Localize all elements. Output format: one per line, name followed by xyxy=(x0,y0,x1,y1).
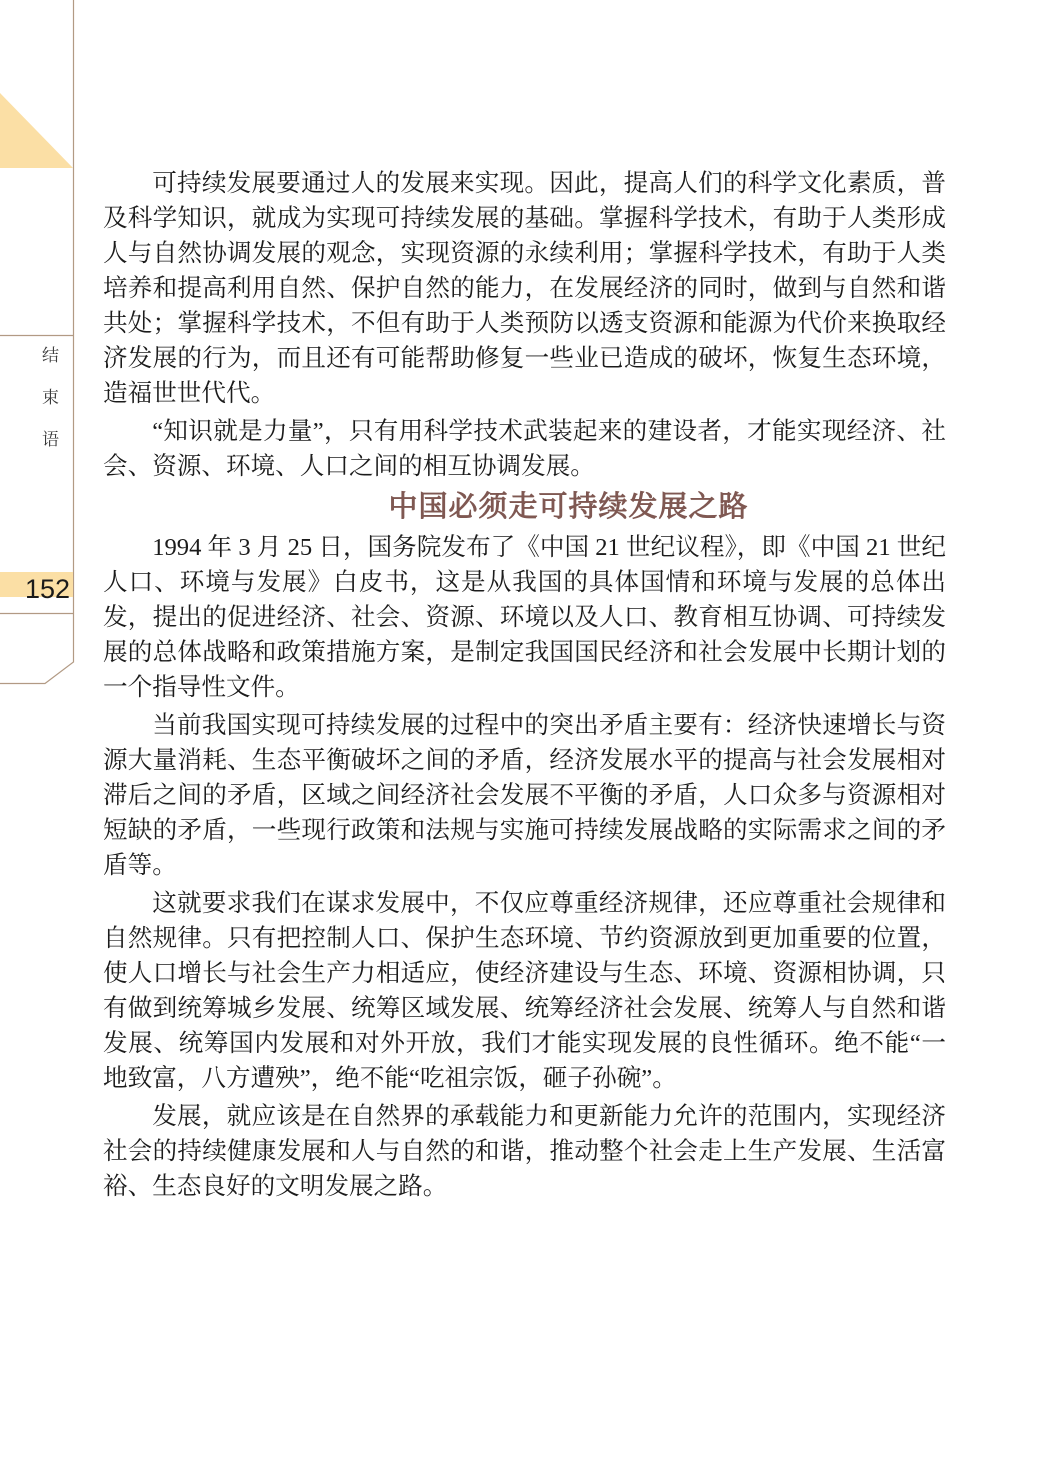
paragraph-intro-2: “知识就是力量”，只有用科学技术武装起来的建设者，才能实现经济、社会、资源、环境… xyxy=(103,414,946,484)
text-column: 可持续发展要通过人的发展来实现。因此，提高人们的科学文化素质，普及科学知识，就成… xyxy=(103,166,946,1204)
chapter-title-vertical: 结束语 xyxy=(36,346,61,472)
paragraph-intro-1: 可持续发展要通过人的发展来实现。因此，提高人们的科学文化素质，普及科学知识，就成… xyxy=(103,166,946,411)
paragraph-section-3: 这就要求我们在谋求发展中，不仅应尊重经济规律，还应尊重社会规律和自然规律。只有把… xyxy=(103,886,946,1096)
corner-triangle-decoration xyxy=(0,93,73,168)
paragraph-section-2: 当前我国实现可持续发展的过程中的突出矛盾主要有：经济快速增长与资源大量消耗、生态… xyxy=(103,708,946,883)
textbook-page: 结束语 152 可持续发展要通过人的发展来实现。因此，提高人们的科学文化素质，普… xyxy=(0,0,1048,1474)
section-heading: 中国必须走可持续发展之路 xyxy=(103,487,946,527)
page-number: 152 xyxy=(0,574,74,604)
paragraph-section-4: 发展，就应该是在自然界的承载能力和更新能力允许的范围内，实现经济社会的持续健康发… xyxy=(103,1099,946,1204)
paragraph-section-1: 1994 年 3 月 25 日，国务院发布了《中国 21 世纪议程》，即《中国 … xyxy=(103,530,946,705)
